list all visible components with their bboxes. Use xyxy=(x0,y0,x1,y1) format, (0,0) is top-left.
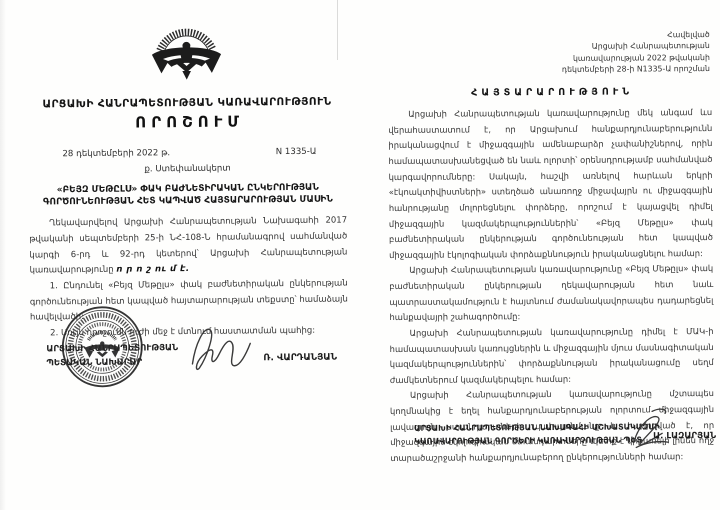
scan-edge-shadow xyxy=(0,0,6,510)
annex-ref-line4: դեկտեմբերի 28-ի N1335-Ա որոշման xyxy=(388,63,710,76)
decree-title-line2: ԳՈՐԾՈՒՆԵՈՒԹՅԱՆ ՀԵՏ ԿԱՊՎԱԾ ՀԱՅՏԱՐԱՐՈՒԹՅԱՆ… xyxy=(29,194,347,209)
decree-date: 28 դեկտեմբերի 2022 թ. xyxy=(62,148,170,159)
statement-paragraph-2: Արցախի Հանրապետության կառավարությունը «Բ… xyxy=(389,261,713,325)
government-name: ԱՐՑԱԽԻ ՀԱՆՐԱՊԵՏՈՒԹՅԱՆ ԿԱՌԱՎԱՐՈՒԹՅՈՒՆ xyxy=(28,95,346,110)
state-minister-name: Ռ. ՎԱՐԴԱՆՅԱՆ xyxy=(263,353,337,364)
preamble-paragraph: Ղեկավարվելով Արցախի Հանրապետության Նախագ… xyxy=(29,214,348,280)
statement-paragraph-3: Արցախի Հանրապետության կառավարությունը դի… xyxy=(390,324,714,388)
artsakh-coat-of-arms-icon xyxy=(150,22,223,85)
annex-reference: Հավելված Արցախի Հանրապետության կառավարու… xyxy=(388,29,712,76)
round-official-stamp-icon xyxy=(60,304,145,389)
state-minister-signature-icon xyxy=(186,319,261,380)
annex-page: Հավելված Արցախի Հանրապետության կառավարու… xyxy=(388,29,715,501)
chief-of-staff-title: ԱՐՑԱԽԻ ՀԱՆՐԱՊԵՏՈՒԹՅԱՆ ՆԱԽԱԳԱՀԻ ԱՇԽԱՏԱԿԱԶ… xyxy=(414,421,660,448)
chief-title-line2: ԿԱՌԱՎԱՐՈՒԹՅԱՆ ԳՈՐԾԵՐԻ ԿԱՌԱՎԱՐՉՈՒԹՅԱՆ ՊԵՏ xyxy=(414,434,660,448)
decree-signature-block: ԱՐՑԱԽԻ ՀԱՆՐԱՊԵՏՈՒԹՅԱՆ ՊԵՏԱԿԱՆ ՆԱԽԱՐԱՐ xyxy=(30,296,349,419)
decree-number: N 1335-Ա xyxy=(276,147,317,157)
emblem-wrap xyxy=(27,20,346,89)
decides-word: ո ր ո շ ու մ է. xyxy=(116,264,189,275)
date-number-row: 28 դեկտեմբերի 2022 թ. N 1335-Ա xyxy=(28,146,346,159)
document-type-heading: ՈՐՈՇՈՒՄ xyxy=(28,111,346,132)
statement-heading: ՀԱՅՏԱՐԱՐՈՒԹՅՈՒՆ xyxy=(388,86,712,99)
annex-signature-block: ԱՐՑԱԽԻ ՀԱՆՐԱՊԵՏՈՒԹՅԱՆ ՆԱԽԱԳԱՀԻ ԱՇԽԱՏԱԿԱԶ… xyxy=(390,405,714,487)
chief-of-staff-name: Ա. ԼԱԶԱՐՅԱՆ xyxy=(653,431,716,441)
decree-page: ԱՐՑԱԽԻ ՀԱՆՐԱՊԵՏՈՒԹՅԱՆ ԿԱՌԱՎԱՐՈՒԹՅՈՒՆ ՈՐՈ… xyxy=(27,10,350,493)
statement-paragraph-1: Արցախի Հանրապետության կառավարությունը մե… xyxy=(388,105,713,263)
decree-title: «ԲԵՅԶ ՄԵԹԸԼՍ» ՓԱԿ ԲԱԺՆԵՏԻՐԱԿԱՆ ԸՆԿԵՐՈՒԹՅ… xyxy=(29,182,347,208)
city-name: ք. Ստեփանակերտ xyxy=(29,162,347,175)
scanned-document: ԱՐՑԱԽԻ ՀԱՆՐԱՊԵՏՈՒԹՅԱՆ ԿԱՌԱՎԱՐՈՒԹՅՈՒՆ ՈՐՈ… xyxy=(0,0,720,510)
